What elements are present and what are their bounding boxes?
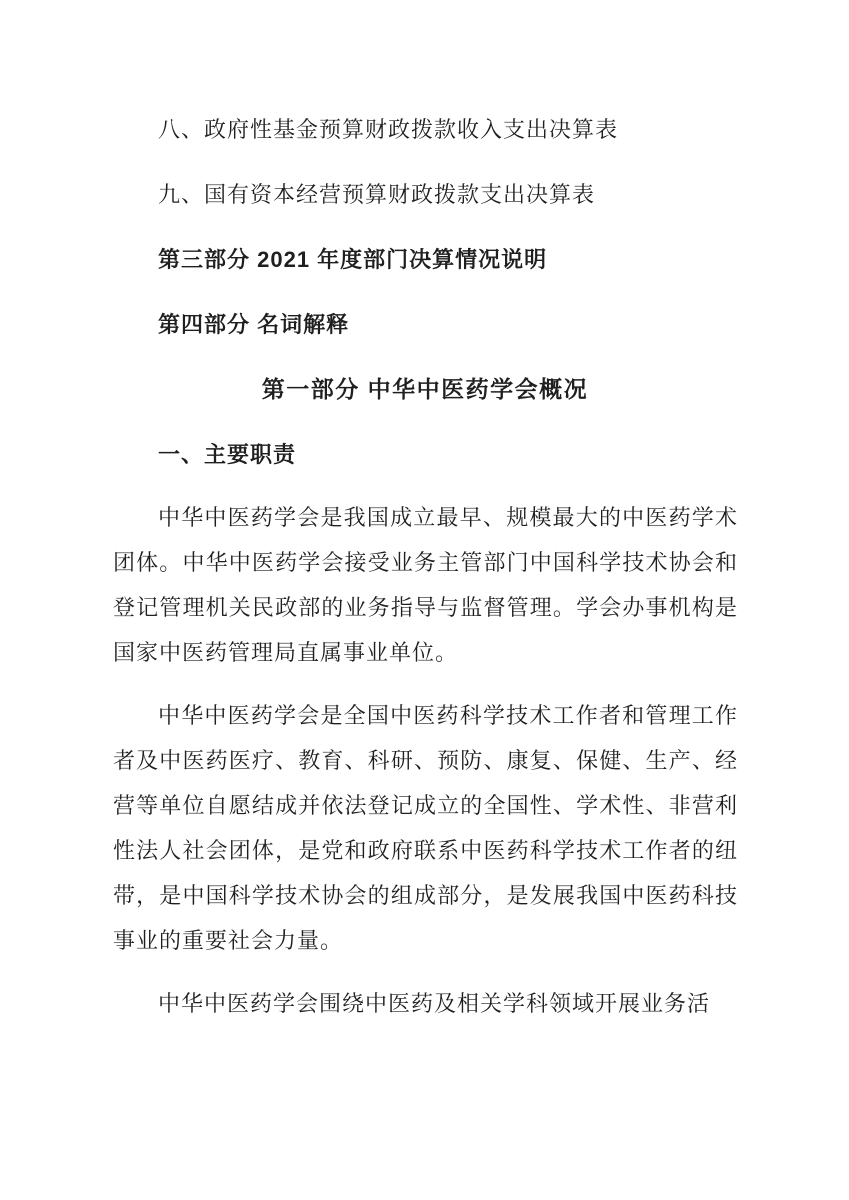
page-content: 八、政府性基金预算财政拨款收入支出决算表 九、国有资本经营预算财政拨款支出决算表… [113,107,737,1026]
text-line: 登记管理机关民政部的业务指导与监督管理。学会办事机构是 [113,585,737,630]
text-line: 中华中医药学会是我国成立最早、规模最大的中医药学术 [113,495,737,540]
toc-item-8: 八、政府性基金预算财政拨款收入支出决算表 [113,107,737,152]
text-line: 者及中医药医疗、教育、科研、预防、康复、保健、生产、经 [113,738,737,783]
text-line: 团体。中华中医药学会接受业务主管部门中国科学技术协会和 [113,540,737,585]
text-line: 中华中医药学会围绕中医药及相关学科领域开展业务活 [113,981,737,1026]
toc-item-9: 九、国有资本经营预算财政拨款支出决算表 [113,172,737,217]
text-line: 国家中医药管理局直属事业单位。 [113,630,737,675]
text-line: 营等单位自愿结成并依法登记成立的全国性、学术性、非营利 [113,783,737,828]
subsection-title: 一、主要职责 [113,432,737,477]
text-line: 带，是中国科学技术协会的组成部分，是发展我国中医药科技 [113,873,737,918]
part-heading-4: 第四部分 名词解释 [113,302,737,347]
text-line: 事业的重要社会力量。 [113,918,737,963]
paragraph-1: 中华中医药学会是我国成立最早、规模最大的中医药学术 团体。中华中医药学会接受业务… [113,495,737,675]
document-page: 八、政府性基金预算财政拨款收入支出决算表 九、国有资本经营预算财政拨款支出决算表… [0,0,849,1200]
section-title: 第一部分 中华中医药学会概况 [113,367,737,412]
paragraph-3: 中华中医药学会围绕中医药及相关学科领域开展业务活 [113,981,737,1026]
text-line: 中华中医药学会是全国中医药科学技术工作者和管理工作 [113,693,737,738]
text-line: 性法人社会团体，是党和政府联系中医药科学技术工作者的纽 [113,828,737,873]
paragraph-2: 中华中医药学会是全国中医药科学技术工作者和管理工作 者及中医药医疗、教育、科研、… [113,693,737,963]
part-heading-3: 第三部分 2021 年度部门决算情况说明 [113,237,737,282]
